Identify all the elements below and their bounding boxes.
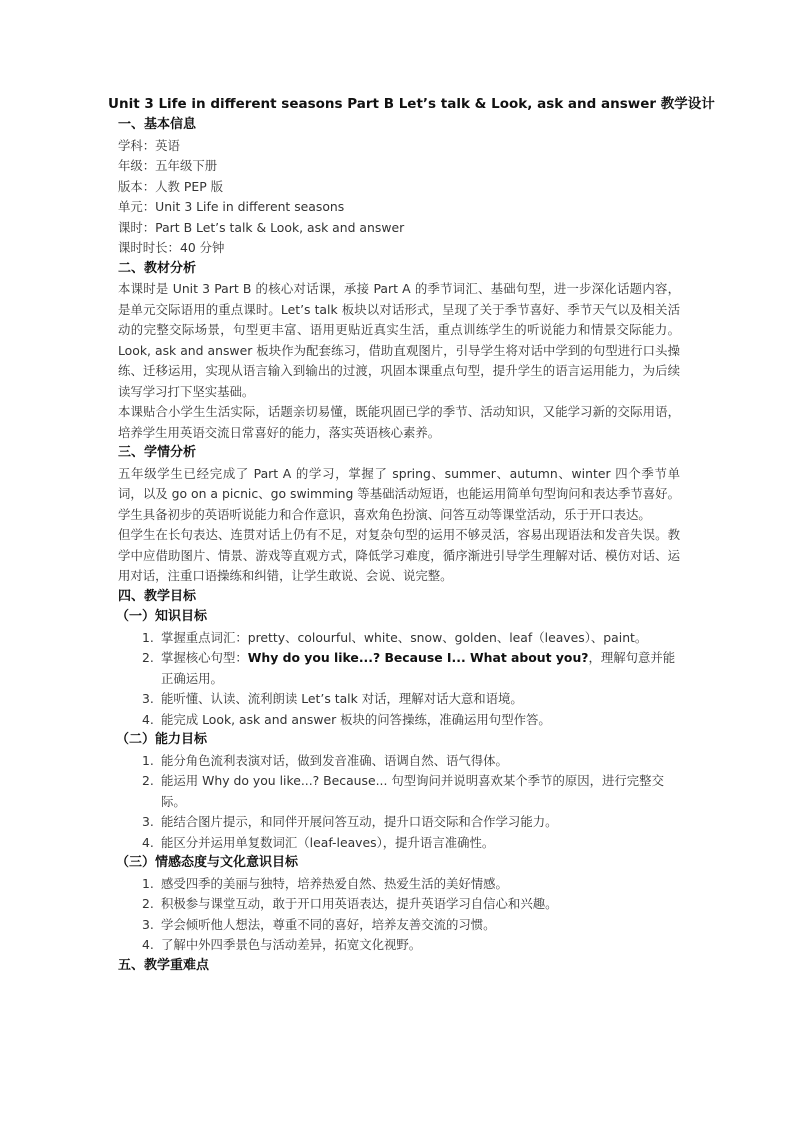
list-number: 4. <box>142 710 154 731</box>
core-sentence-pattern: Why do you like...? Because I... What ab… <box>248 650 589 665</box>
info-subject: 学科：英语 <box>118 136 680 157</box>
list-text: 能运用 Why do you like...? Because... 句型询问并… <box>161 773 664 809</box>
list-item: 2.掌握核心句型：Why do you like...? Because I..… <box>118 648 680 689</box>
document-page: Unit 3 Life in different seasons Part B … <box>118 94 680 976</box>
list-number: 1. <box>142 874 154 895</box>
paragraph: 本课贴合小学生生活实际，话题亲切易懂，既能巩固已学的季节、活动知识，又能学习新的… <box>118 402 680 443</box>
list-number: 4. <box>142 833 154 854</box>
section-heading-teaching-goals: 四、教学目标 <box>118 587 680 608</box>
list-item: 2.能运用 Why do you like...? Because... 句型询… <box>118 771 680 812</box>
list-item: 3.能结合图片提示，和同伴开展问答互动，提升口语交际和合作学习能力。 <box>118 812 680 833</box>
list-item: 4.了解中外四季景色与活动差异，拓宽文化视野。 <box>118 935 680 956</box>
info-grade: 年级：五年级下册 <box>118 156 680 177</box>
list-text: 能分角色流利表演对话，做到发音准确、语调自然、语气得体。 <box>161 753 508 768</box>
document-title: Unit 3 Life in different seasons Part B … <box>108 94 680 115</box>
paragraph: 本课时是 Unit 3 Part B 的核心对话课，承接 Part A 的季节词… <box>118 279 680 402</box>
list-number: 2. <box>142 771 154 792</box>
info-lesson: 课时：Part B Let’s talk & Look, ask and ans… <box>118 218 680 239</box>
section-heading-material-analysis: 二、教材分析 <box>118 259 680 280</box>
list-text: 了解中外四季景色与活动差异，拓宽文化视野。 <box>161 937 421 952</box>
list-text: 积极参与课堂互动，敢于开口用英语表达，提升英语学习自信心和兴趣。 <box>161 896 558 911</box>
list-text: 学会倾听他人想法，尊重不同的喜好，培养友善交流的习惯。 <box>161 917 496 932</box>
info-edition: 版本：人教 PEP 版 <box>118 177 680 198</box>
list-number: 1. <box>142 628 154 649</box>
section-heading-student-analysis: 三、学情分析 <box>118 443 680 464</box>
list-text: 能结合图片提示，和同伴开展问答互动，提升口语交际和合作学习能力。 <box>161 814 558 829</box>
list-item: 3.能听懂、认读、流利朗读 Let’s talk 对话，理解对话大意和语境。 <box>118 689 680 710</box>
list-item: 1.掌握重点词汇：pretty、colourful、white、snow、gol… <box>118 628 680 649</box>
subheading-emotion-culture-goals: （三）情感态度与文化意识目标 <box>116 853 680 874</box>
list-text: 掌握核心句型： <box>161 650 248 665</box>
info-unit: 单元：Unit 3 Life in different seasons <box>118 197 680 218</box>
list-item: 1.能分角色流利表演对话，做到发音准确、语调自然、语气得体。 <box>118 751 680 772</box>
list-item: 4.能完成 Look, ask and answer 板块的问答操练，准确运用句… <box>118 710 680 731</box>
list-number: 1. <box>142 751 154 772</box>
list-item: 1.感受四季的美丽与独特，培养热爱自然、热爱生活的美好情感。 <box>118 874 680 895</box>
section-heading-basic-info: 一、基本信息 <box>118 115 680 136</box>
list-number: 4. <box>142 935 154 956</box>
list-text: 感受四季的美丽与独特，培养热爱自然、热爱生活的美好情感。 <box>161 876 508 891</box>
list-number: 2. <box>142 648 154 669</box>
list-text: 能完成 Look, ask and answer 板块的问答操练，准确运用句型作… <box>161 712 551 727</box>
list-text: 能区分并运用单复数词汇（leaf-leaves），提升语言准确性。 <box>161 835 494 850</box>
subheading-ability-goals: （二）能力目标 <box>116 730 680 751</box>
list-item: 4.能区分并运用单复数词汇（leaf-leaves），提升语言准确性。 <box>118 833 680 854</box>
list-item: 2.积极参与课堂互动，敢于开口用英语表达，提升英语学习自信心和兴趣。 <box>118 894 680 915</box>
list-number: 3. <box>142 812 154 833</box>
paragraph: 五年级学生已经完成了 Part A 的学习，掌握了 spring、summer、… <box>118 464 680 526</box>
list-text: 掌握重点词汇：pretty、colourful、white、snow、golde… <box>161 630 647 645</box>
list-number: 3. <box>142 689 154 710</box>
knowledge-goals-list: 1.掌握重点词汇：pretty、colourful、white、snow、gol… <box>118 628 680 731</box>
info-duration: 课时时长：40 分钟 <box>118 238 680 259</box>
section-heading-key-difficulties: 五、教学重难点 <box>118 956 680 977</box>
list-text: 能听懂、认读、流利朗读 Let’s talk 对话，理解对话大意和语境。 <box>161 691 523 706</box>
subheading-knowledge-goals: （一）知识目标 <box>116 607 680 628</box>
emotion-goals-list: 1.感受四季的美丽与独特，培养热爱自然、热爱生活的美好情感。 2.积极参与课堂互… <box>118 874 680 956</box>
list-number: 2. <box>142 894 154 915</box>
paragraph: 但学生在长句表达、连贯对话上仍有不足，对复杂句型的运用不够灵活，容易出现语法和发… <box>118 525 680 587</box>
list-item: 3.学会倾听他人想法，尊重不同的喜好，培养友善交流的习惯。 <box>118 915 680 936</box>
ability-goals-list: 1.能分角色流利表演对话，做到发音准确、语调自然、语气得体。 2.能运用 Why… <box>118 751 680 854</box>
list-number: 3. <box>142 915 154 936</box>
